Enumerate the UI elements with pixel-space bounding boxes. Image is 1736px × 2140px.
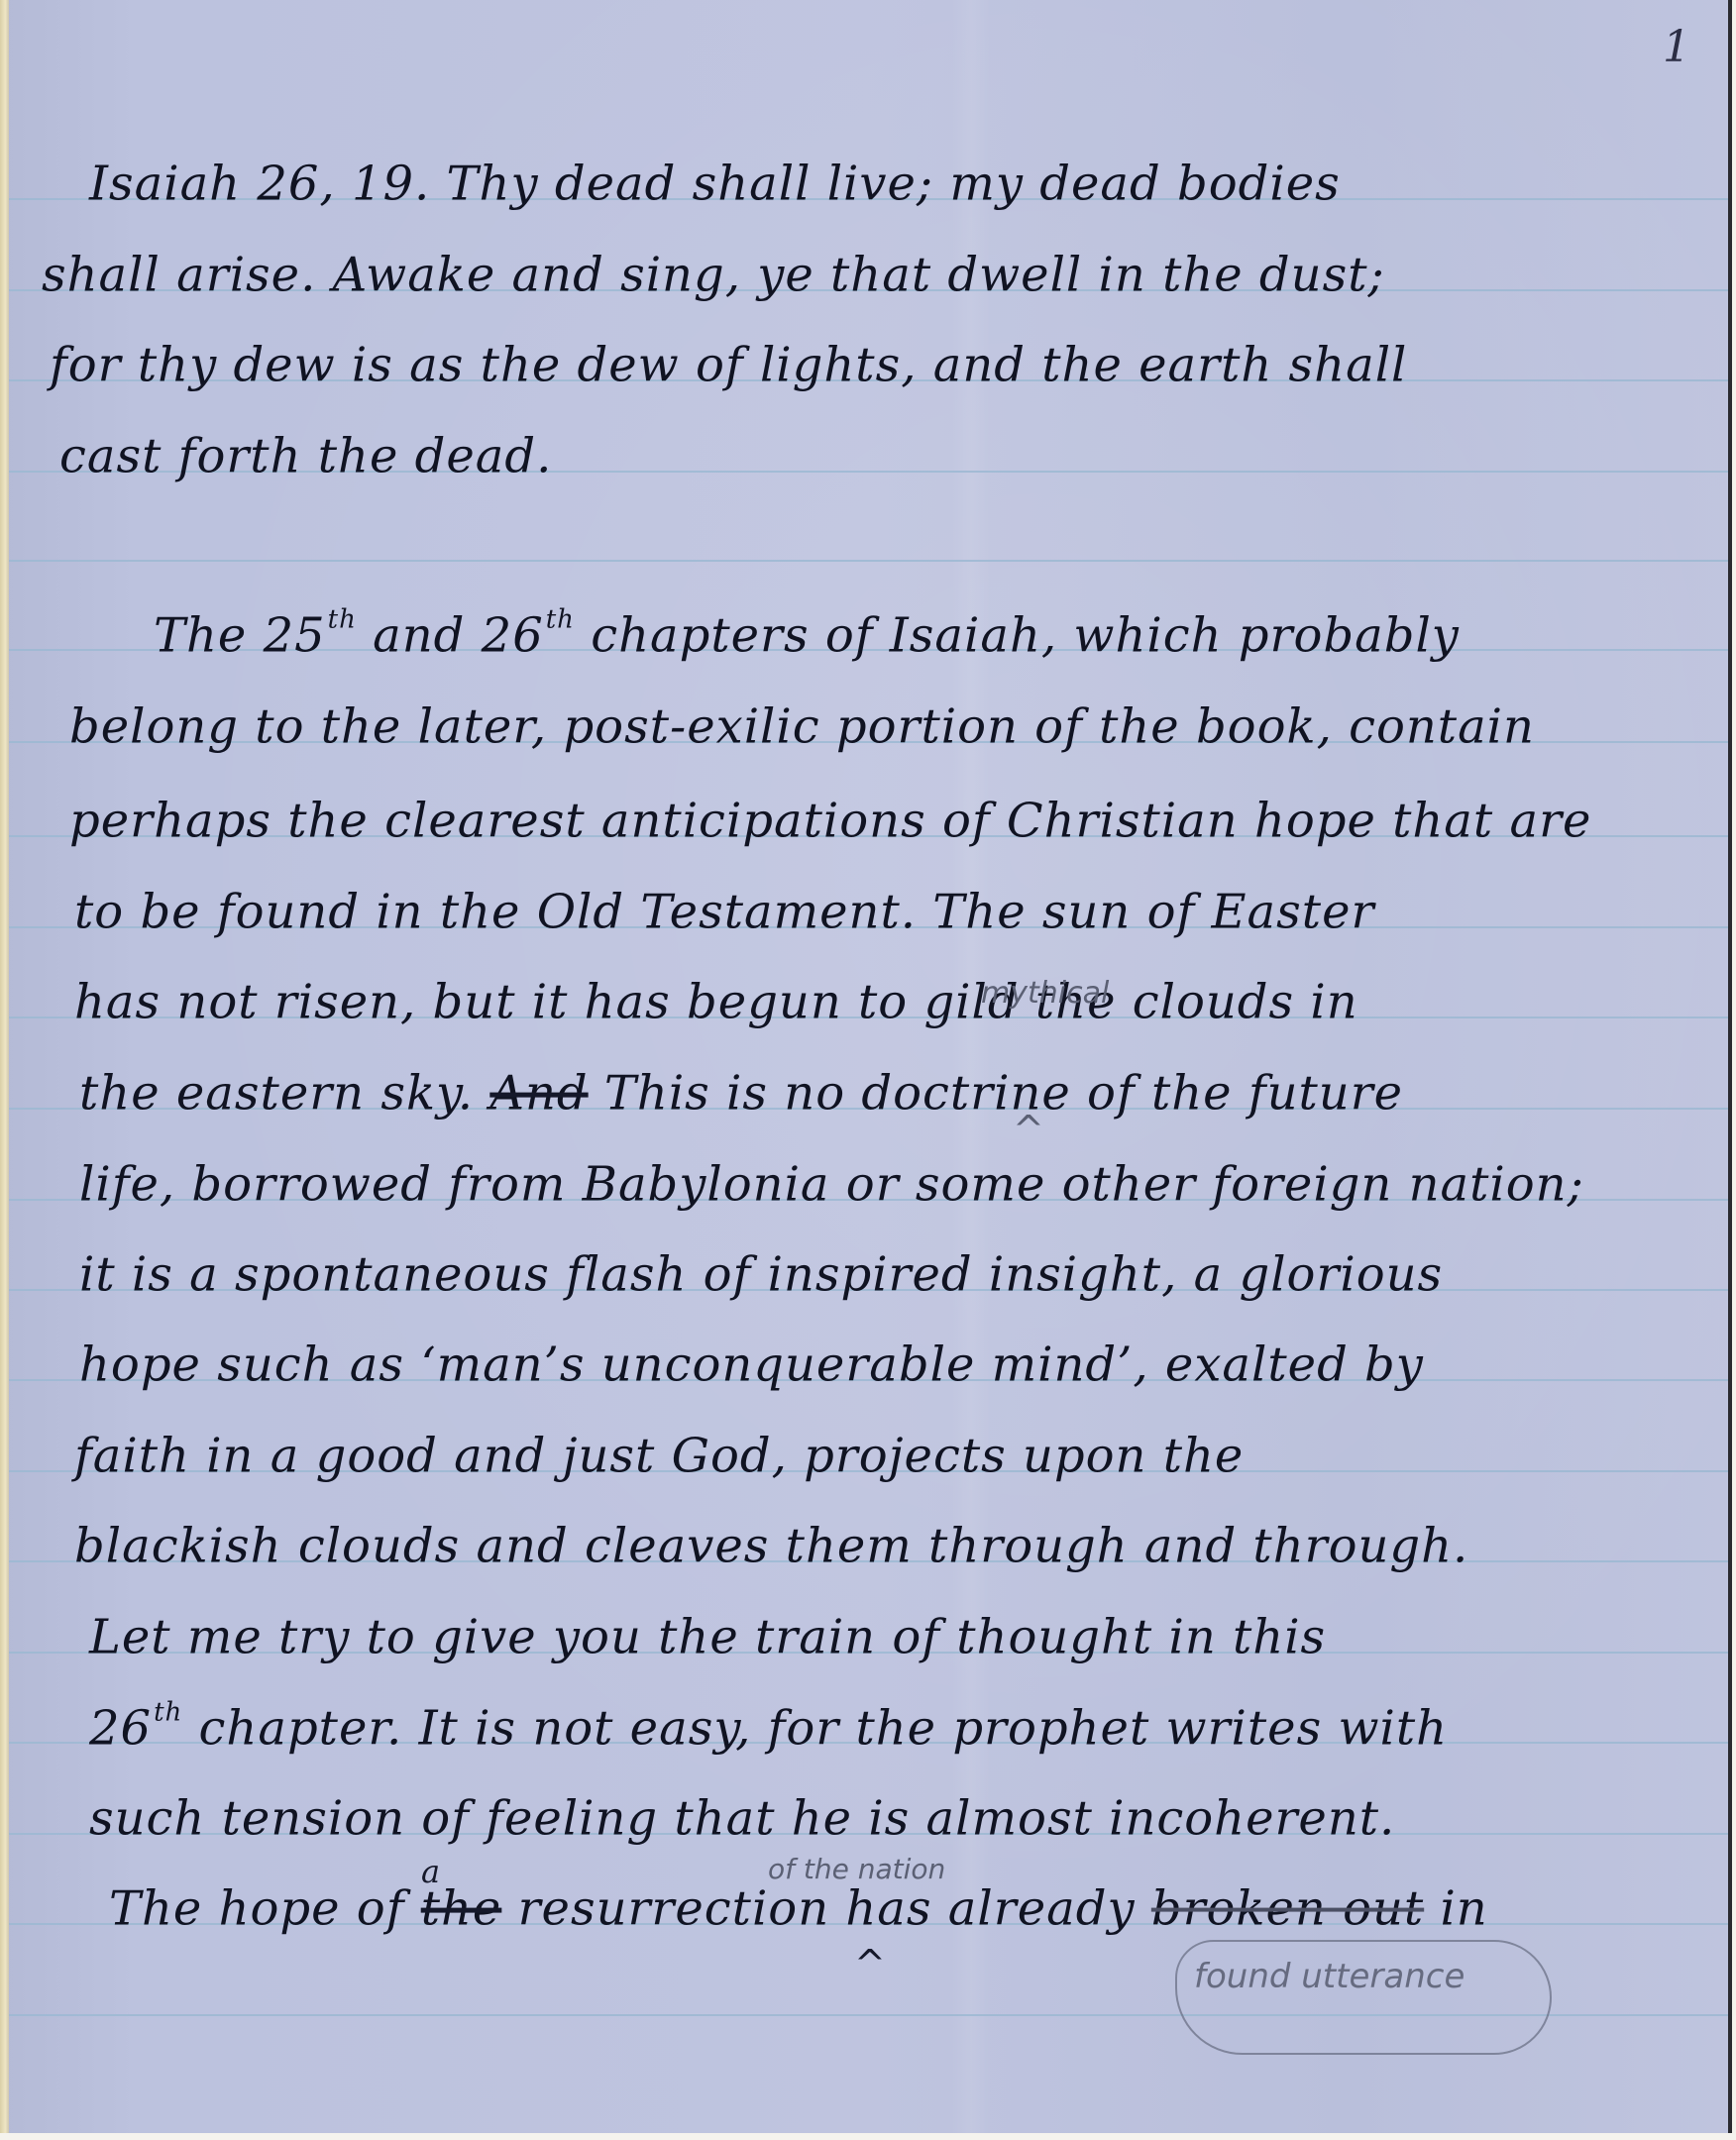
text-segment: resurrection has already <box>501 1881 1151 1937</box>
text-segment: This is no doctrine of the future <box>589 1066 1403 1122</box>
struck-word: And <box>489 1066 588 1122</box>
text-segment: The 25 <box>154 608 326 664</box>
text-segment: The hope of <box>109 1881 421 1937</box>
text-line: to be found in the Old Testament. The su… <box>74 889 1374 936</box>
text-line: faith in a good and just God, projects u… <box>74 1433 1244 1480</box>
binding-edge <box>0 0 9 2133</box>
ordinal-suffix: th <box>154 1698 182 1728</box>
text-segment: 26 <box>89 1701 152 1757</box>
struck-phrase: broken out <box>1151 1881 1424 1937</box>
text-line: has not risen, but it has begun to gild … <box>74 979 1358 1026</box>
scan-margin <box>0 2133 1736 2140</box>
pencil-insertion-of-the-nation: of the nation <box>768 1853 945 1885</box>
ordinal-suffix: th <box>546 605 575 635</box>
page-number: 1 <box>1663 22 1690 72</box>
page-right-edge <box>1728 0 1732 2133</box>
pencil-insertion-mythical: mythical <box>981 976 1109 1011</box>
text-line: it is a spontaneous flash of inspired in… <box>79 1251 1443 1299</box>
pencil-replacement-found-utterance: found utterance <box>1194 1957 1465 1996</box>
text-segment: chapters of Isaiah, which probably <box>575 608 1460 664</box>
manuscript-page: 1 Isaiah 26, 19. Thy dead shall live; my… <box>0 0 1732 2133</box>
text-segment: chapter. It is not easy, for the prophet… <box>182 1701 1448 1757</box>
text-line: hope such as ‘man’s unconquerable mind’,… <box>79 1341 1424 1389</box>
ruled-line <box>9 560 1728 562</box>
ordinal-suffix: th <box>328 605 357 635</box>
text-line: for thy dew is as the dew of lights, and… <box>50 342 1407 389</box>
text-segment: the eastern sky. <box>79 1066 489 1122</box>
text-segment: and 26 <box>357 608 544 664</box>
text-line: such tension of feeling that he is almos… <box>89 1795 1395 1843</box>
ink-insertion-a: a <box>421 1853 440 1890</box>
text-line: perhaps the clearest anticipations of Ch… <box>69 798 1591 845</box>
text-line: belong to the later, post-exilic portion… <box>69 703 1535 751</box>
insertion-caret-icon: ^ <box>1013 1108 1044 1151</box>
text-line: The 25th and 26th chapters of Isaiah, wh… <box>154 607 1460 660</box>
insertion-caret-icon: ^ <box>854 1942 886 1985</box>
text-line: shall arise. Awake and sing, ye that dwe… <box>42 252 1385 299</box>
text-line: cast forth the dead. <box>59 433 552 481</box>
text-line: The hope of the resurrection has already… <box>109 1885 1488 1933</box>
text-line: life, borrowed from Babylonia or some ot… <box>79 1161 1584 1209</box>
text-line: Let me try to give you the train of thou… <box>89 1614 1326 1661</box>
text-line: the eastern sky. And This is no doctrine… <box>79 1070 1403 1118</box>
text-line: Isaiah 26, 19. Thy dead shall live; my d… <box>89 160 1341 208</box>
text-line: 26th chapter. It is not easy, for the pr… <box>89 1700 1448 1753</box>
text-segment: in <box>1424 1881 1488 1937</box>
text-line: blackish clouds and cleaves them through… <box>74 1523 1468 1570</box>
